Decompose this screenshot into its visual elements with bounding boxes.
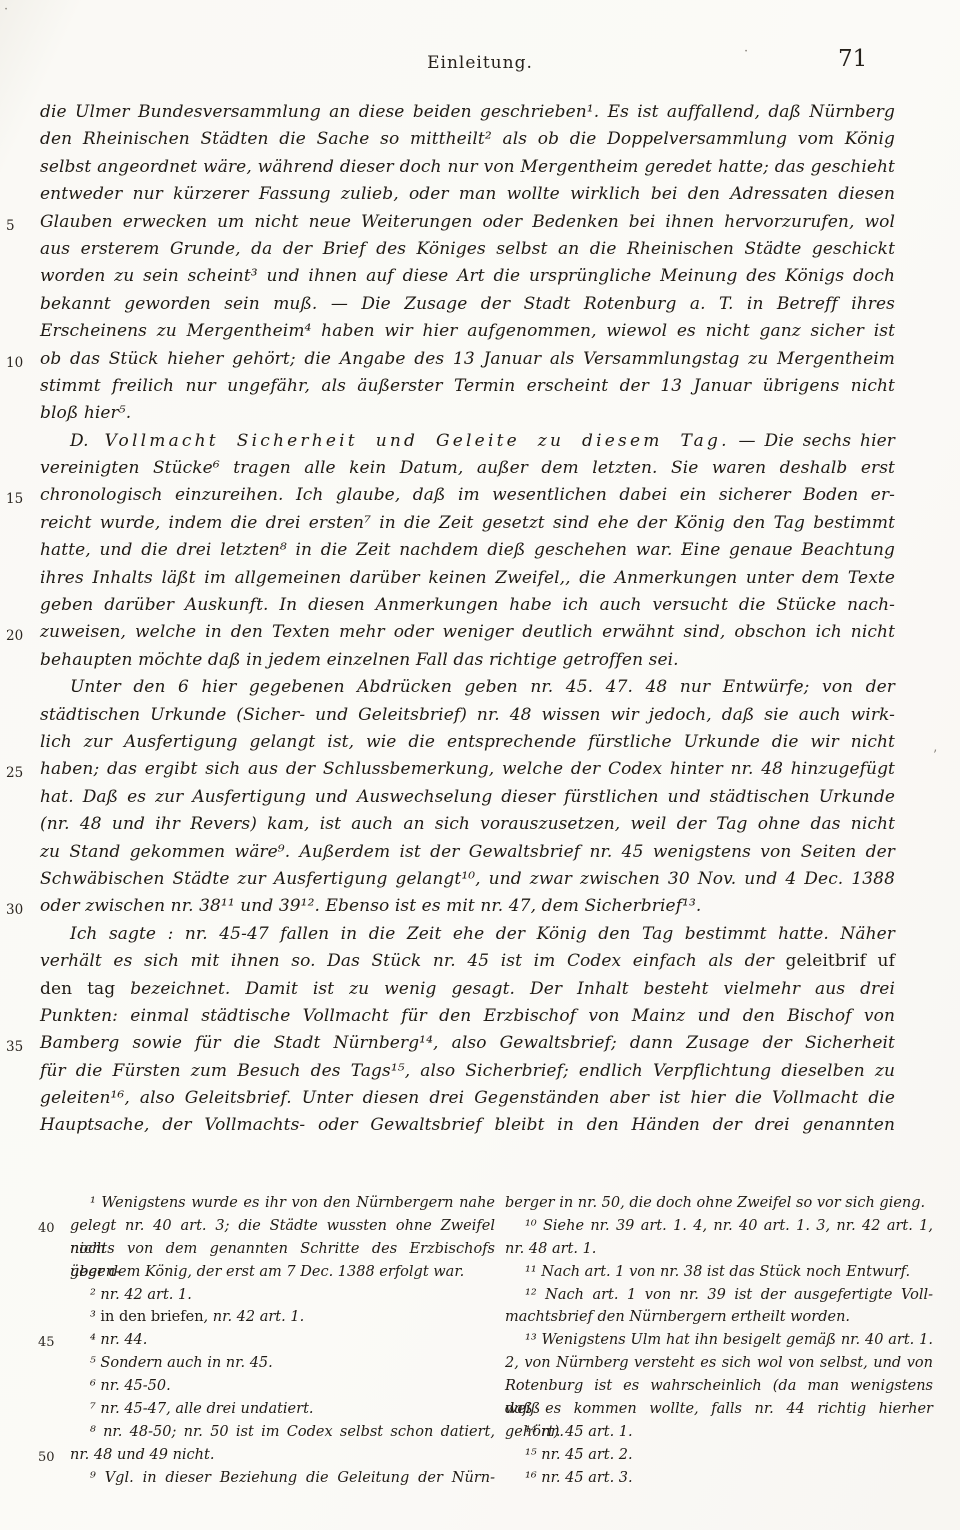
line-text: ihres Inhalts läßt im allgemeinen darübe… (40, 568, 895, 588)
line-text: städtischen Urkunde (Sicher- und Geleits… (40, 705, 895, 725)
line-text: selbst angeordnet wäre, während dieser d… (40, 157, 895, 177)
main-text-line: für die Fürsten zum Besuch des Tags¹⁵, a… (40, 1058, 895, 1085)
line-text: entweder nur kürzerer Fassung zulieb, od… (40, 184, 895, 204)
line-text: bloß hier⁵. (40, 403, 131, 423)
main-text-line: lich zur Ausfertigung gelangt ist, wie d… (40, 729, 895, 756)
main-text-line: Erscheinens zu Mergentheim⁴ haben wir hi… (40, 318, 895, 345)
footnote-line: 50nr. 48 und 49 nicht. (70, 1444, 495, 1467)
line-text: chronologisch einzureihen. Ich glaube, d… (40, 485, 895, 505)
footnote-line: Rotenburg ist es wahrscheinlich (da man … (505, 1375, 933, 1398)
line-text: für die Fürsten zum Besuch des Tags¹⁵, a… (40, 1061, 895, 1081)
line-text: ¹² Nach art. 1 von nr. 39 ist der ausgef… (525, 1287, 933, 1303)
main-text-line: die Ulmer Bundesversammlung an diese bei… (40, 99, 895, 126)
line-text: (nr. 48 und ihr Revers) kam, ist auch an… (40, 814, 895, 834)
margin-line-number: 5 (6, 213, 34, 240)
line-text: aus ersterem Grunde, da der Brief des Kö… (40, 239, 895, 259)
footnote-line: daß es kommen wollte, falls nr. 44 richt… (505, 1398, 933, 1421)
main-text-line: 15chronologisch einzureihen. Ich glaube,… (40, 482, 895, 509)
footnote-line: ¹⁴ nr. 45 art. 1. (505, 1421, 933, 1444)
main-text-line: 5Glauben erwecken um nicht neue Weiterun… (40, 209, 895, 236)
margin-line-number: 45 (38, 1332, 66, 1355)
footnote-line: ³ in den briefen, nr. 42 art. 1. (70, 1306, 495, 1329)
main-text-line: den tag bezeichnet. Damit ist zu wenig g… (40, 976, 895, 1003)
main-text-line: den Rheinischen Städten die Sache so mit… (40, 126, 895, 153)
footnote-line: über dem König, der erst am 7 Dec. 1388 … (70, 1261, 495, 1284)
margin-line-number: 40 (38, 1218, 66, 1241)
line-text: geleitbrif uf (786, 951, 895, 971)
main-text-line: Hauptsache, der Vollmachts- oder Gewalts… (40, 1112, 895, 1139)
footnote-line: ¹³ Wenigstens Ulm hat ihn besigelt gemäß… (505, 1329, 933, 1352)
scan-speck: · (744, 44, 748, 59)
main-text-line: geleiten¹⁶, also Geleitsbrief. Unter die… (40, 1085, 895, 1112)
line-text: den Rheinischen Städten die Sache so mit… (40, 129, 895, 149)
main-text-line: Schwäbischen Städte zur Ausfertigung gel… (40, 866, 895, 893)
main-text-line: (nr. 48 und ihr Revers) kam, ist auch an… (40, 811, 895, 838)
line-text: haben; das ergibt sich aus der Schlussbe… (40, 759, 895, 779)
main-text-line: aus ersterem Grunde, da der Brief des Kö… (40, 236, 895, 263)
page-number: 71 (838, 46, 867, 72)
line-text: zu Stand gekommen wäre⁹. Außerdem ist de… (40, 842, 895, 862)
line-text: über dem König, der erst am 7 Dec. 1388 … (70, 1264, 464, 1280)
scan-speck: ’ (933, 748, 937, 763)
line-text: die Ulmer Bundesversammlung an diese bei… (40, 102, 895, 122)
line-text: behaupten möchte daß in jedem einzelnen … (40, 650, 679, 670)
line-text: Unter den 6 hier gegebenen Abdrücken geb… (70, 677, 895, 697)
footnote-line: ¹⁶ nr. 45 art. 3. (505, 1467, 933, 1490)
line-text: D. (70, 431, 89, 451)
main-text-line: hat. Daß es zur Ausfertigung und Auswech… (40, 784, 895, 811)
line-text: geben darüber Auskunft. In diesen Anmerk… (40, 595, 895, 615)
line-text: ⁸ nr. 48-50; nr. 50 ist im Codex selbst … (90, 1424, 495, 1440)
running-head-title: Einleitung. (0, 53, 960, 73)
footnote-line: 45⁴ nr. 44. (70, 1329, 495, 1352)
main-text-line: behaupten möchte daß in jedem einzelnen … (40, 647, 895, 674)
footnote-line: ¹² Nach art. 1 von nr. 39 ist der ausgef… (505, 1284, 933, 1307)
line-text: Glauben erwecken um nicht neue Weiterung… (40, 212, 895, 232)
main-text-line: 30oder zwischen nr. 38¹¹ und 39¹². Ebens… (40, 893, 895, 920)
main-text-line: städtischen Urkunde (Sicher- und Geleits… (40, 702, 895, 729)
footnote-line: machtsbrief den Nürnbergern ertheilt wor… (505, 1306, 933, 1329)
main-text-line: Ich sagte : nr. 45-47 fallen in die Zeit… (40, 921, 895, 948)
line-text: bezeichnet. Damit ist zu wenig gesagt. D… (115, 979, 895, 999)
footnote-line: berger in nr. 50, die doch ohne Zweifel … (505, 1192, 933, 1215)
line-text: reicht wurde, indem die drei ersten⁷ in … (40, 513, 895, 533)
main-text-line: reicht wurde, indem die drei ersten⁷ in … (40, 510, 895, 537)
main-text-line: D.Vollmacht Sicherheit und Geleite zu di… (40, 428, 895, 455)
footnote-line: ⁹ Vgl. in dieser Beziehung die Geleitung… (70, 1467, 495, 1490)
line-text: Erscheinens zu Mergentheim⁴ haben wir hi… (40, 321, 895, 341)
main-text-line: 10ob das Stück hieher gehört; die Angabe… (40, 346, 895, 373)
main-text-block: die Ulmer Bundesversammlung an diese bei… (40, 99, 895, 1140)
margin-line-number: 50 (38, 1447, 66, 1470)
main-text-line: stimmt freilich nur ungefähr, als äußers… (40, 373, 895, 400)
line-text: ob das Stück hieher gehört; die Angabe d… (40, 349, 895, 369)
main-text-line: bloß hier⁵. (40, 400, 895, 427)
main-text-line: 25haben; das ergibt sich aus der Schluss… (40, 756, 895, 783)
line-text: ¹ Wenigstens wurde es ihr von den Nürnbe… (90, 1195, 495, 1211)
main-text-line: entweder nur kürzerer Fassung zulieb, od… (40, 181, 895, 208)
line-text: ³ (90, 1309, 100, 1325)
footnote-line: ¹⁰ Siehe nr. 39 art. 1. 4, nr. 40 art. 1… (505, 1215, 933, 1238)
footnote-line: 2, von Nürnberg versteht es sich wol von… (505, 1352, 933, 1375)
footnote-line: ⁵ Sondern auch in nr. 45. (70, 1352, 495, 1375)
footnote-line: ² nr. 42 art. 1. (70, 1284, 495, 1307)
line-text: hat. Daß es zur Ausfertigung und Auswech… (40, 787, 895, 807)
main-text-line: bekannt geworden sein muß. — Die Zusage … (40, 291, 895, 318)
line-text: in den briefen (100, 1309, 203, 1325)
line-text: Schwäbischen Städte zur Ausfertigung gel… (40, 869, 895, 889)
main-text-line: Unter den 6 hier gegebenen Abdrücken geb… (40, 674, 895, 701)
line-text: lich zur Ausfertigung gelangt ist, wie d… (40, 732, 895, 752)
footnote-line: ⁶ nr. 45-50. (70, 1375, 495, 1398)
line-text: berger in nr. 50, die doch ohne Zweifel … (505, 1195, 925, 1211)
footnote-line: 40gelegt nr. 40 art. 3; die Städte wusst… (70, 1215, 495, 1238)
main-text-line: Punkten: einmal städtische Vollmacht für… (40, 1003, 895, 1030)
line-text: nr. 48 art. 1. (505, 1241, 596, 1257)
main-text-line: zu Stand gekommen wäre⁹. Außerdem ist de… (40, 839, 895, 866)
line-text: hatte, und die drei letzten⁸ in die Zeit… (40, 540, 895, 560)
line-text: nr. 48 und 49 nicht. (70, 1447, 214, 1463)
line-text: stimmt freilich nur ungefähr, als äußers… (40, 376, 895, 396)
main-text-line: hatte, und die drei letzten⁸ in die Zeit… (40, 537, 895, 564)
line-text: ¹⁴ nr. 45 art. 1. (525, 1424, 633, 1440)
main-text-line: ihres Inhalts läßt im allgemeinen darübe… (40, 565, 895, 592)
footnotes-right-column: berger in nr. 50, die doch ohne Zweifel … (505, 1192, 933, 1490)
line-text: 2, von Nürnberg versteht es sich wol von… (505, 1355, 933, 1371)
line-text: ¹³ Wenigstens Ulm hat ihn besigelt gemäß… (525, 1332, 933, 1348)
margin-line-number: 10 (6, 350, 34, 377)
line-text: — Die sechs hier (730, 431, 895, 451)
footnote-line: ¹¹ Nach art. 1 von nr. 38 ist das Stück … (505, 1261, 933, 1284)
main-text-line: verhält es sich mit ihnen so. Das Stück … (40, 948, 895, 975)
line-text: ⁴ nr. 44. (90, 1332, 147, 1348)
footnote-line: nr. 48 art. 1. (505, 1238, 933, 1261)
line-text: Punkten: einmal städtische Vollmacht für… (40, 1006, 895, 1026)
section-heading-text: Vollmacht Sicherheit und Geleite zu dies… (105, 431, 730, 451)
margin-line-number: 25 (6, 760, 34, 787)
margin-line-number: 20 (6, 623, 34, 650)
scanned-book-page: Einleitung. 71 die Ulmer Bundesversammlu… (0, 0, 960, 1530)
margin-line-number: 35 (6, 1034, 34, 1061)
line-text: ¹⁶ nr. 45 art. 3. (525, 1470, 633, 1486)
line-text: worden zu sein scheint³ und ihnen auf di… (40, 266, 895, 286)
main-text-line: 20zuweisen, welche in den Texten mehr od… (40, 619, 895, 646)
line-text: , nr. 42 art. 1. (204, 1309, 305, 1325)
line-text: den tag (40, 979, 115, 999)
line-text: Bamberg sowie für die Stadt Nürnberg¹⁴, … (40, 1033, 895, 1053)
line-text: ² nr. 42 art. 1. (90, 1287, 192, 1303)
line-text: machtsbrief den Nürnbergern ertheilt wor… (505, 1309, 850, 1325)
line-text: zuweisen, welche in den Texten mehr oder… (40, 622, 895, 642)
footnote-line: ¹⁵ nr. 45 art. 2. (505, 1444, 933, 1467)
main-text-line: selbst angeordnet wäre, während dieser d… (40, 154, 895, 181)
line-text: ⁷ nr. 45-47, alle drei undatiert. (90, 1401, 314, 1417)
footnote-line: ⁷ nr. 45-47, alle drei undatiert. (70, 1398, 495, 1421)
line-text: Ich sagte : nr. 45-47 fallen in die Zeit… (70, 924, 895, 944)
line-text: ¹⁵ nr. 45 art. 2. (525, 1447, 633, 1463)
margin-line-number: 15 (6, 486, 34, 513)
footnote-line: nichts von dem genannten Schritte des Er… (70, 1238, 495, 1261)
footnote-line: ⁸ nr. 48-50; nr. 50 ist im Codex selbst … (70, 1421, 495, 1444)
footnotes-left-column: ¹ Wenigstens wurde es ihr von den Nürnbe… (70, 1192, 495, 1490)
line-text: oder zwischen nr. 38¹¹ und 39¹². Ebenso … (40, 896, 701, 916)
line-text: verhält es sich mit ihnen so. Das Stück … (40, 951, 786, 971)
line-text: bekannt geworden sein muß. — Die Zusage … (40, 294, 895, 314)
line-text: vereinigten Stücke⁶ tragen alle kein Dat… (40, 458, 895, 478)
line-text: ¹⁰ Siehe nr. 39 art. 1. 4, nr. 40 art. 1… (525, 1218, 933, 1234)
line-text: Hauptsache, der Vollmachts- oder Gewalts… (40, 1115, 895, 1135)
line-text: ⁶ nr. 45-50. (90, 1378, 171, 1394)
main-text-line: 35Bamberg sowie für die Stadt Nürnberg¹⁴… (40, 1030, 895, 1057)
main-text-line: vereinigten Stücke⁶ tragen alle kein Dat… (40, 455, 895, 482)
main-text-line: worden zu sein scheint³ und ihnen auf di… (40, 263, 895, 290)
line-text: ⁵ Sondern auch in nr. 45. (90, 1355, 273, 1371)
margin-line-number: 30 (6, 897, 34, 924)
line-text: geleiten¹⁶, also Geleitsbrief. Unter die… (40, 1088, 895, 1108)
scan-speck: · (4, 2, 8, 17)
line-text: ¹¹ Nach art. 1 von nr. 38 ist das Stück … (525, 1264, 910, 1280)
line-text: ⁹ Vgl. in dieser Beziehung die Geleitung… (90, 1470, 495, 1486)
footnote-line: ¹ Wenigstens wurde es ihr von den Nürnbe… (70, 1192, 495, 1215)
main-text-line: geben darüber Auskunft. In diesen Anmerk… (40, 592, 895, 619)
